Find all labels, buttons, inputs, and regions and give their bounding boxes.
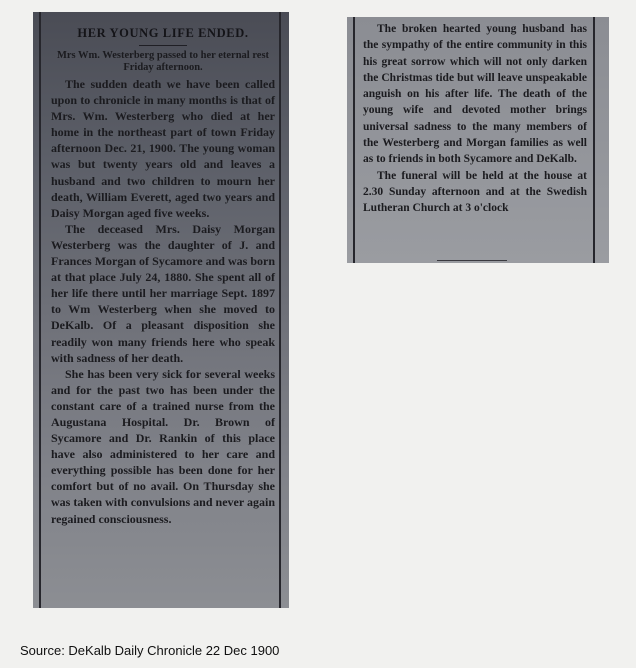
newspaper-clipping-left: HER YOUNG LIFE ENDED. Mrs Wm. Westerberg… <box>33 12 289 608</box>
column-rule <box>353 17 355 263</box>
column-rule <box>593 17 595 263</box>
divider <box>139 45 187 46</box>
source-caption: Source: DeKalb Daily Chronicle 22 Dec 19… <box>20 643 279 658</box>
subheadline: Mrs Wm. Westerberg passed to her eternal… <box>51 50 275 74</box>
headline: HER YOUNG LIFE ENDED. <box>51 26 275 41</box>
article-paragraph: The sudden death we have been called upo… <box>51 76 275 221</box>
article-paragraph: The funeral will be held at the house at… <box>363 168 587 217</box>
column-rule <box>279 12 281 608</box>
newspaper-clipping-right: The broken hearted young husband has the… <box>347 17 609 263</box>
article-paragraph: The broken hearted young husband has the… <box>363 21 587 168</box>
divider <box>437 260 507 261</box>
article-paragraph: The deceased Mrs. Daisy Morgan Westerber… <box>51 221 275 366</box>
column-rule <box>39 12 41 608</box>
article-paragraph: She has been very sick for several weeks… <box>51 366 275 527</box>
